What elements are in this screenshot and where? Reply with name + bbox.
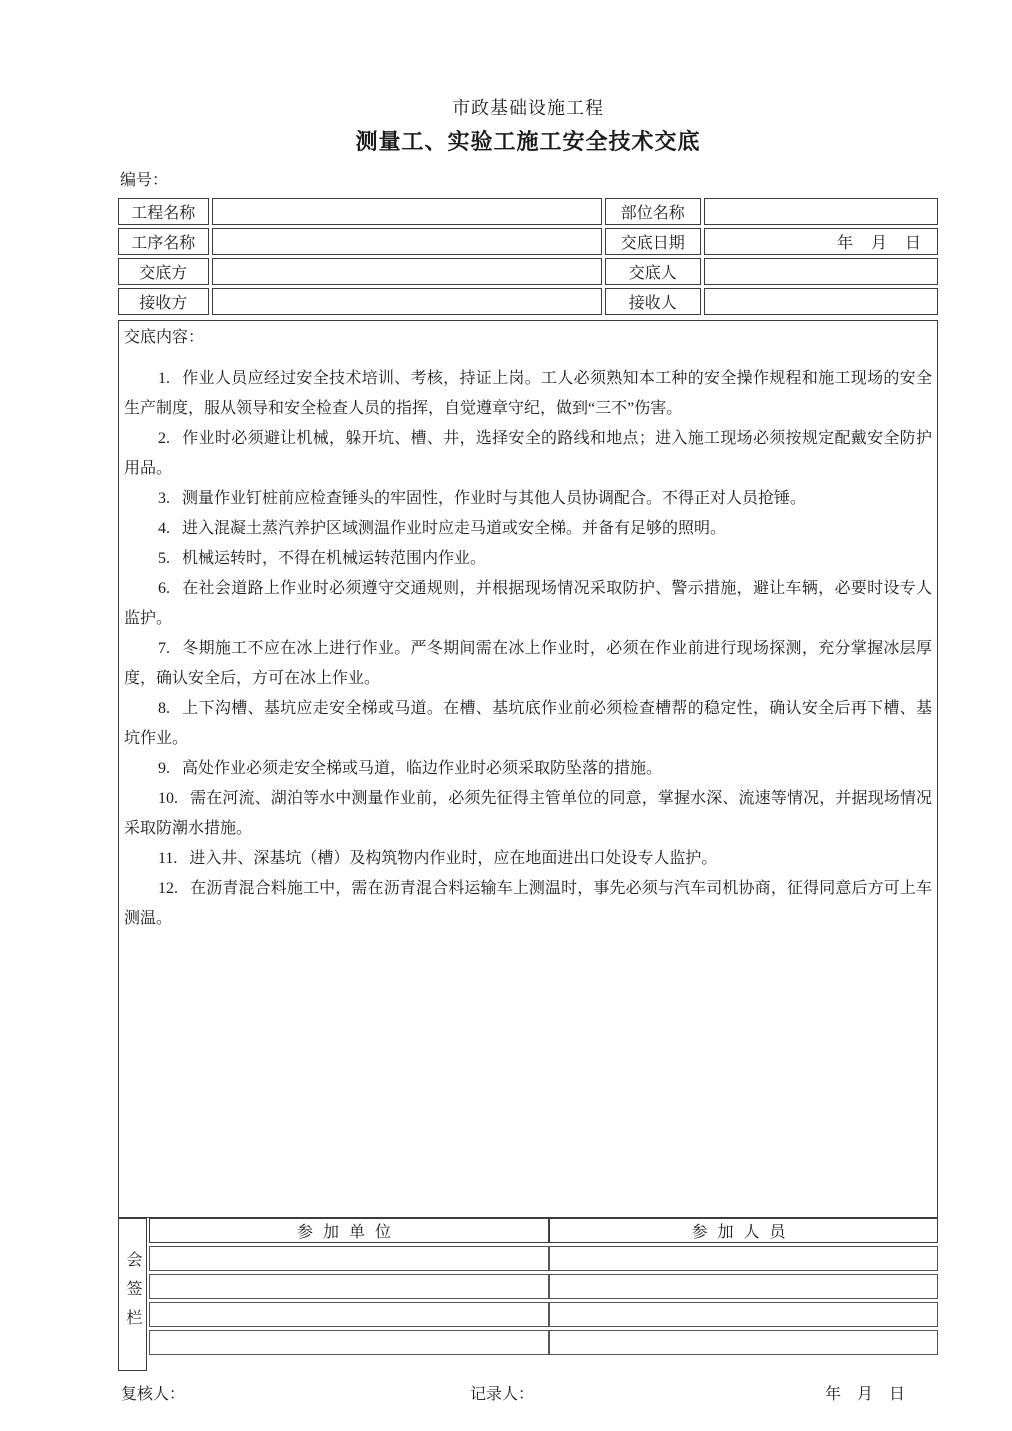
item-number: 11. [158,850,177,867]
disclosure-item: 6.在社会道路上作业时必须遵守交通规则，并根据现场情况采取防护、警示措施，避让车… [124,574,932,634]
receiver-party-label: 接收方 [118,288,209,315]
participating-unit-cell[interactable] [149,1274,549,1299]
disclosure-content-label: 交底内容： [124,326,932,350]
header-fields-table: 工程名称 部位名称 工序名称 交底日期 年 月 日 交底方 交底人 接收方 接收 [115,195,941,318]
item-number: 4. [158,520,170,537]
item-number: 8. [158,700,170,717]
table-row [149,1246,938,1271]
table-row: 工序名称 交底日期 年 月 日 [118,228,938,255]
project-name-value[interactable] [212,198,602,225]
footer-date-label: 年 月 日 [825,1381,905,1404]
document-body: 市政基础设施工程 测量工、实验工施工安全技术交底 编号： 工程名称 部位名称 工… [118,0,938,1407]
item-text: 需在河流、湖泊等水中测量作业前，必须先征得主管单位的同意，掌握水深、流速等情况，… [124,790,932,837]
disclosure-item: 3.测量作业钉桩前应检查锤头的牢固性，作业时与其他人员协调配合。不得正对人员抢锤… [124,484,932,514]
participating-person-cell[interactable] [549,1246,938,1271]
table-row: 接收方 接收人 [118,288,938,315]
item-text: 进入井、深基坑（槽）及构筑物内作业时，应在地面进出口处设专人监护。 [189,850,717,867]
disclosure-item-list: 1.作业人员应经过安全技术培训、考核，持证上岗。工人必须熟知本工种的安全操作规程… [124,364,932,934]
receiver-person-value[interactable] [704,288,938,315]
document-subtitle: 测量工、实验工施工安全技术交底 [118,125,938,156]
countersign-grid: 参加单位 参加人员 [149,1218,938,1371]
disclosure-date-label: 交底日期 [605,228,701,255]
disclosure-item: 8.上下沟槽、基坑应走安全梯或马道。在槽、基坑底作业前必须检查槽帮的稳定性，确认… [124,694,932,754]
disclosure-item: 7.冬期施工不应在冰上进行作业。严冬期间需在冰上作业时，必须在作业前进行现场探测… [124,634,932,694]
discloser-person-label: 交底人 [605,258,701,285]
item-number: 9. [158,760,170,777]
table-row [149,1274,938,1299]
item-text: 冬期施工不应在冰上进行作业。严冬期间需在冰上作业时，必须在作业前进行现场探测，充… [124,640,932,687]
participating-person-header: 参加人员 [549,1218,938,1243]
disclosure-content-box: 交底内容： 1.作业人员应经过安全技术培训、考核，持证上岗。工人必须熟知本工种的… [118,320,938,1218]
discloser-party-value[interactable] [212,258,602,285]
disclosure-item: 11.进入井、深基坑（槽）及构筑物内作业时，应在地面进出口处设专人监护。 [124,844,932,874]
item-text: 测量作业钉桩前应检查锤头的牢固性，作业时与其他人员协调配合。不得正对人员抢锤。 [182,490,806,507]
disclosure-item: 1.作业人员应经过安全技术培训、考核，持证上岗。工人必须熟知本工种的安全操作规程… [124,364,932,424]
participating-person-cell[interactable] [549,1330,938,1355]
participating-unit-cell[interactable] [149,1330,549,1355]
item-text: 在社会道路上作业时必须遵守交通规则，并根据现场情况采取防护、警示措施，避让车辆，… [124,580,932,627]
receiver-party-value[interactable] [212,288,602,315]
item-number: 2. [158,430,170,447]
reviewer-label: 复核人： [121,1381,185,1404]
countersign-section: 会签栏 参加单位 参加人员 [118,1218,938,1371]
item-number: 5. [158,550,170,567]
disclosure-item: 5.机械运转时，不得在机械运转范围内作业。 [124,544,932,574]
participating-unit-cell[interactable] [149,1302,549,1327]
disclosure-item: 12.在沥青混合料施工中，需在沥青混合料运输车上测温时，事先必须与汽车司机协商，… [124,874,932,934]
discloser-person-value[interactable] [704,258,938,285]
item-number: 7. [158,640,170,657]
item-text: 在沥青混合料施工中，需在沥青混合料运输车上测温时，事先必须与汽车司机协商，征得同… [124,880,932,927]
participating-unit-cell[interactable] [149,1246,549,1271]
participating-person-cell[interactable] [549,1274,938,1299]
document-page: 市政基础设施工程 测量工、实验工施工安全技术交底 编号： 工程名称 部位名称 工… [0,0,1012,1431]
item-text: 上下沟槽、基坑应走安全梯或马道。在槽、基坑底作业前必须检查槽帮的稳定性，确认安全… [124,700,932,747]
disclosure-item: 2.作业时必须避让机械，躲开坑、槽、井，选择安全的路线和地点；进入施工现场必须按… [124,424,932,484]
discloser-party-label: 交底方 [118,258,209,285]
part-name-label: 部位名称 [605,198,701,225]
countersign-table: 参加单位 参加人员 [149,1215,938,1358]
table-row [149,1302,938,1327]
item-text: 高处作业必须走安全梯或马道，临边作业时必须采取防坠落的措施。 [182,760,662,777]
document-title: 市政基础设施工程 [118,94,938,120]
disclosure-item: 4.进入混凝土蒸汽养护区域测温作业时应走马道或安全梯。并备有足够的照明。 [124,514,932,544]
disclosure-item: 9.高处作业必须走安全梯或马道，临边作业时必须采取防坠落的措施。 [124,754,932,784]
item-number: 12. [158,880,178,897]
item-number: 10. [158,790,178,807]
countersign-side-label: 会签栏 [121,1251,144,1338]
table-row: 参加单位 参加人员 [149,1218,938,1243]
item-number: 6. [158,580,170,597]
participating-unit-header: 参加单位 [149,1218,549,1243]
process-name-label: 工序名称 [118,228,209,255]
project-name-label: 工程名称 [118,198,209,225]
item-text: 作业人员应经过安全技术培训、考核，持证上岗。工人必须熟知本工种的安全操作规程和施… [124,370,932,417]
disclosure-item: 10.需在河流、湖泊等水中测量作业前，必须先征得主管单位的同意，掌握水深、流速等… [124,784,932,844]
recorder-label: 记录人： [470,1381,534,1404]
receiver-person-label: 接收人 [605,288,701,315]
item-text: 机械运转时，不得在机械运转范围内作业。 [182,550,486,567]
item-text: 进入混凝土蒸汽养护区域测温作业时应走马道或安全梯。并备有足够的照明。 [182,520,726,537]
table-row: 交底方 交底人 [118,258,938,285]
item-text: 作业时必须避让机械，躲开坑、槽、井，选择安全的路线和地点；进入施工现场必须按规定… [124,430,932,477]
participating-person-cell[interactable] [549,1302,938,1327]
item-number: 3. [158,490,170,507]
part-name-value[interactable] [704,198,938,225]
process-name-value[interactable] [212,228,602,255]
disclosure-date-value[interactable]: 年 月 日 [704,228,938,255]
item-number: 1. [158,370,170,387]
countersign-side-label-cell: 会签栏 [118,1218,147,1371]
document-footer: 复核人： 记录人： 年 月 日 [118,1381,938,1407]
table-row: 工程名称 部位名称 [118,198,938,225]
table-row [149,1330,938,1355]
document-number-label: 编号： [120,167,938,190]
